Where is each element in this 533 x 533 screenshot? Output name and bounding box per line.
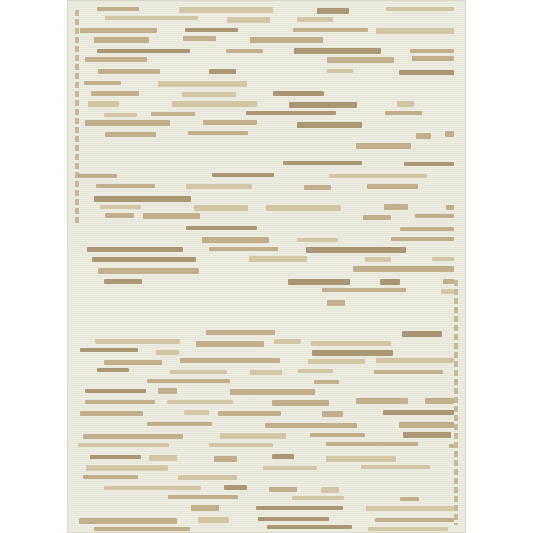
rug-stripe: [326, 456, 397, 462]
rug-stripe: [179, 7, 273, 13]
rug-stripe: [258, 517, 329, 521]
rug-stripe: [97, 7, 139, 11]
rug-stripe: [90, 455, 141, 459]
rug-stripe: [249, 256, 307, 262]
rug-stripe: [288, 279, 350, 285]
rug-stripe: [96, 184, 155, 188]
rug-stripe: [191, 505, 219, 511]
rug-stripe: [170, 370, 226, 374]
rug-stripe: [87, 247, 183, 252]
rug-stripe: [311, 341, 391, 346]
rug-stripe: [100, 205, 142, 209]
rug-stripe: [88, 101, 118, 107]
rug-stripe: [385, 111, 422, 115]
rug-stripe: [400, 497, 419, 501]
rug-stripe: [94, 196, 192, 202]
rug-stripe: [314, 380, 339, 384]
rug-stripe: [445, 131, 454, 137]
rug-stripe: [298, 369, 334, 373]
rug-stripe: [265, 423, 357, 428]
rug-stripe: [412, 56, 454, 61]
rug-stripe: [432, 257, 454, 261]
rug-stripe: [297, 122, 362, 128]
rug-stripe: [446, 205, 454, 210]
rug-stripe: [383, 410, 454, 415]
rug-stripe: [167, 400, 233, 404]
rug-stripe: [263, 466, 317, 470]
rug-stripe: [203, 120, 257, 125]
rug-stripe: [386, 7, 454, 11]
rug-stripe: [400, 227, 454, 231]
rug-stripe: [403, 432, 451, 438]
rug-stripe: [375, 518, 454, 522]
rug-stripe: [297, 238, 338, 242]
rug-stripe: [86, 465, 168, 471]
rug-stripe: [321, 487, 339, 493]
rug-border-left: [75, 10, 79, 223]
rug-stripe: [85, 120, 170, 126]
rug-stripe: [376, 28, 454, 34]
rug-stripe: [266, 205, 341, 211]
rug-stripe: [158, 81, 247, 87]
rug-stripe: [168, 495, 238, 499]
rug-stripe: [226, 49, 263, 53]
rug-stripe: [104, 486, 201, 490]
rug-stripe: [353, 266, 454, 272]
rug-stripe: [304, 185, 332, 190]
rug-stripe: [327, 57, 393, 63]
rug-stripe: [356, 143, 411, 149]
rug-stripe: [322, 288, 406, 292]
rug-stripe: [186, 184, 252, 189]
rug-stripe: [294, 48, 381, 54]
rug-stripe: [209, 69, 236, 74]
rug-stripe: [97, 49, 190, 53]
rug-stripe: [356, 398, 408, 404]
rug-stripe: [104, 360, 162, 365]
rug-stripe: [404, 162, 454, 166]
rug-stripe: [425, 398, 454, 404]
rug-stripe: [180, 358, 281, 363]
rug-stripe: [104, 279, 142, 284]
rug-stripe: [94, 37, 149, 43]
rug-stripe: [80, 411, 143, 416]
rug-stripe: [97, 368, 129, 372]
rug-stripe: [384, 204, 408, 210]
rug-stripe: [293, 28, 368, 32]
rug-stripe: [250, 37, 323, 43]
rug-stripe: [322, 411, 343, 417]
rug-stripe: [312, 350, 393, 356]
rug-stripe: [272, 400, 328, 406]
rug-stripe: [209, 443, 273, 447]
rug-stripe: [399, 70, 454, 75]
rug-stripe: [326, 442, 418, 446]
rug-stripe: [267, 525, 352, 529]
rug-stripe: [374, 370, 442, 374]
rug-stripe: [376, 358, 454, 363]
rug-stripe: [391, 237, 454, 241]
rug-stripe: [367, 184, 418, 189]
rug-stripe: [292, 496, 344, 500]
rug-stripe: [416, 133, 431, 139]
rug-stripe: [178, 475, 236, 480]
rug-stripe: [256, 506, 343, 510]
rug-stripe: [91, 91, 139, 96]
rug-stripe: [399, 422, 454, 428]
rug-stripe: [449, 444, 454, 448]
rug-stripe: [149, 455, 177, 461]
rug-stripe: [78, 174, 117, 178]
rug-stripe: [361, 465, 430, 469]
rug-stripe: [297, 17, 332, 22]
rug-stripe: [183, 36, 216, 41]
rug-stripe: [83, 475, 138, 479]
rug-stripe: [250, 370, 283, 375]
rug-stripe: [327, 69, 353, 73]
rug-stripe: [209, 247, 278, 251]
rug-stripe: [273, 91, 324, 96]
rug-stripe: [83, 434, 183, 439]
rug-stripe: [272, 454, 294, 459]
rug-stripe: [94, 527, 191, 531]
rug: [67, 0, 466, 533]
rug-stripe: [441, 289, 454, 294]
rug-stripe: [98, 69, 160, 74]
rug-border-right: [454, 280, 458, 525]
rug-stripe: [368, 527, 449, 531]
rug-stripe: [212, 173, 274, 177]
rug-stripe: [415, 214, 454, 218]
rug-stripe: [85, 57, 148, 62]
rug-stripe: [98, 268, 199, 274]
rug-stripe: [158, 388, 177, 394]
rug-stripe: [85, 400, 155, 404]
rug-stripe: [274, 339, 301, 344]
rug-stripe: [246, 111, 336, 115]
rug-stripe: [143, 213, 200, 219]
rug-stripe: [306, 247, 405, 253]
rug-stripe: [443, 279, 454, 284]
rug-stripe: [80, 348, 138, 352]
rug-stripe: [95, 339, 180, 344]
rug-stripe: [92, 257, 196, 262]
rug-stripe: [184, 410, 209, 415]
rug-stripe: [329, 174, 427, 178]
rug-stripe: [218, 411, 280, 416]
rug-stripe: [214, 456, 236, 462]
rug-stripe: [172, 101, 258, 107]
rug-stripe: [188, 131, 248, 135]
rug-stripe: [194, 205, 248, 211]
rug-stripe: [327, 300, 344, 306]
rug-stripe: [366, 506, 454, 511]
rug-stripe: [310, 433, 365, 437]
rug-stripe: [308, 359, 365, 364]
rug-stripe: [185, 28, 238, 32]
rug-stripe: [227, 17, 271, 23]
rug-stripe: [410, 49, 454, 53]
rug-stripe: [105, 16, 198, 20]
rug-stripe: [397, 101, 414, 107]
rug-stripe: [84, 81, 121, 85]
rug-stripe: [147, 379, 230, 383]
rug-stripe: [402, 331, 442, 337]
rug-stripe: [104, 113, 137, 117]
rug-stripe: [202, 237, 268, 243]
rug-stripe: [105, 213, 134, 218]
rug-stripe: [363, 215, 390, 220]
rug-stripe: [85, 389, 146, 393]
rug-stripe: [380, 279, 400, 285]
rug-stripe: [269, 487, 297, 492]
rug-stripe: [283, 161, 361, 165]
rug-stripe: [224, 485, 248, 490]
rug-stripe: [198, 517, 229, 523]
rug-stripe: [147, 422, 212, 426]
rug-stripe: [220, 433, 286, 439]
rug-stripe: [156, 350, 179, 355]
rug-stripe: [289, 102, 358, 108]
rug-stripe: [317, 8, 349, 14]
rug-stripe: [196, 341, 264, 347]
rug-stripe: [182, 92, 236, 97]
rug-stripe: [151, 112, 195, 116]
rug-stripe: [79, 518, 177, 524]
rug-stripe: [80, 28, 157, 33]
rug-stripe: [230, 389, 315, 395]
rug-stripe: [78, 443, 169, 447]
rug-stripe: [365, 257, 391, 262]
rug-stripe: [186, 226, 258, 230]
rug-stripe: [105, 132, 157, 137]
rug-stripe: [206, 330, 275, 335]
